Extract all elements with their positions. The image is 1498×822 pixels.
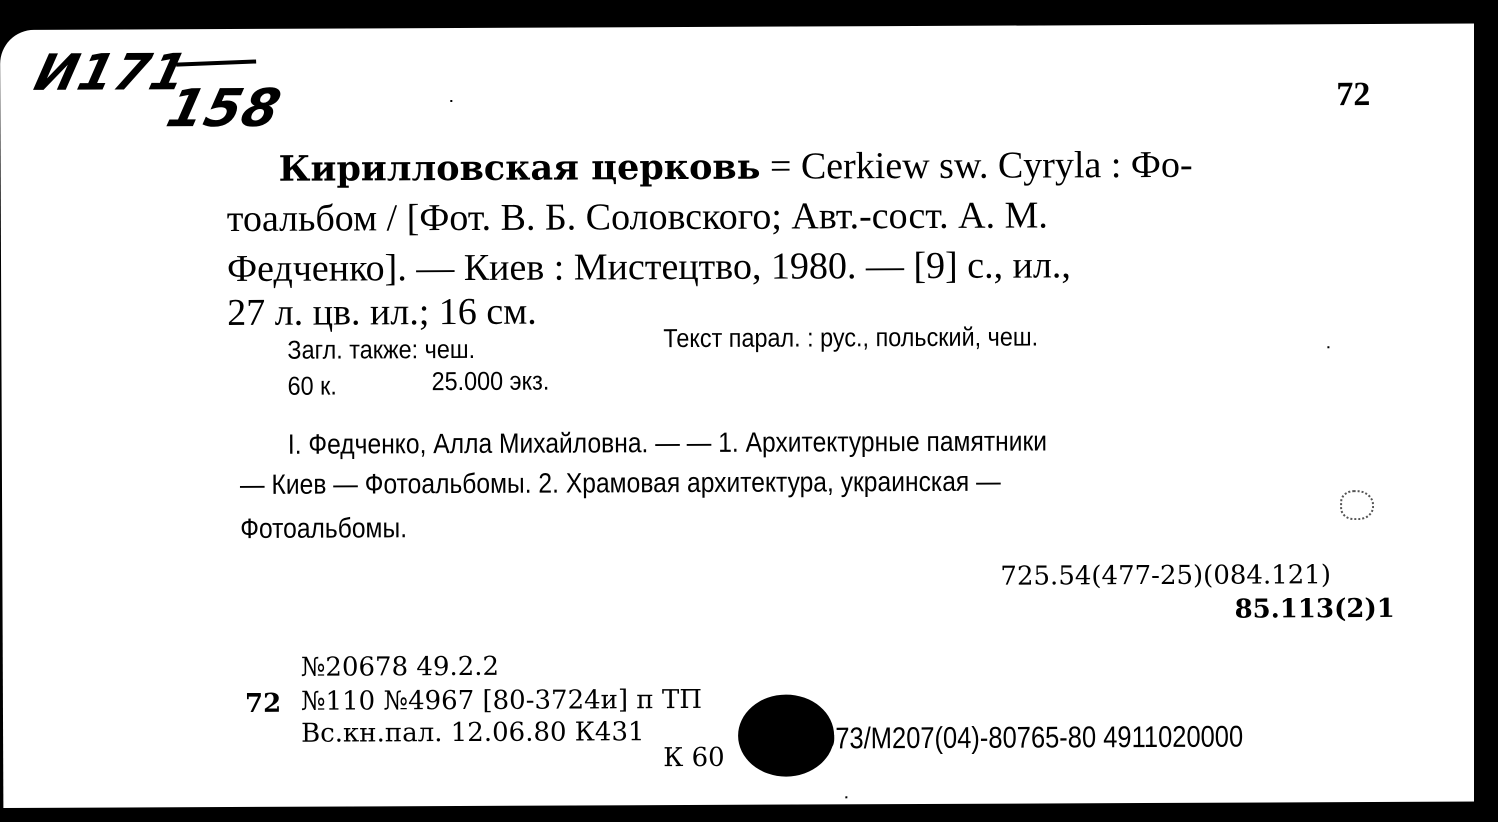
udc-index: 725.54(477-25)(084.121) bbox=[1000, 560, 1331, 591]
bbk-index: 85.113(2)1 bbox=[1234, 594, 1394, 625]
print-run: 25.000 экз. bbox=[431, 366, 549, 398]
card-number: 72 bbox=[1336, 76, 1370, 114]
scan-speck bbox=[845, 796, 847, 798]
scan-border-bottom bbox=[980, 808, 1498, 822]
footer-line-4-prefix: К 60 bbox=[663, 743, 725, 773]
handwritten-shelfmark-denominator: 158 bbox=[161, 79, 287, 140]
footer-line-1: №20678 49.2.2 bbox=[301, 652, 499, 683]
description-line-1: Кирилловская церковь = Cerkiew sw. Cyryl… bbox=[279, 143, 1193, 192]
library-stamp-mark bbox=[1340, 490, 1374, 520]
price: 60 к. bbox=[287, 371, 336, 402]
scan-speck bbox=[1327, 346, 1329, 348]
subject-line-3: Фотоальбомы. bbox=[240, 512, 407, 545]
description-line-2: тоальбом / [Фот. В. Б. Соловского; Авт.-… bbox=[227, 193, 1048, 242]
ink-blot bbox=[738, 694, 834, 776]
handwritten-shelfmark: И171 bbox=[29, 43, 193, 102]
footer-line-2: №110 №4967 [80-3724и] п ТП bbox=[301, 685, 702, 717]
catalog-card: И171 158 72 Кирилловская церковь = Cerki… bbox=[0, 24, 1481, 808]
footer-card-number: 72 bbox=[245, 689, 281, 719]
description-line-4: 27 л. цв. ил.; 16 см. bbox=[227, 290, 537, 336]
scan-speck bbox=[903, 806, 905, 808]
subject-line-2: — Киев — Фотоальбомы. 2. Храмовая архите… bbox=[240, 466, 1001, 501]
title-note: Загл. также: чеш. bbox=[287, 334, 475, 366]
footer-line-4: 073/М207(04)-80765-80 4911020000 bbox=[821, 721, 1243, 757]
description-line-3: Федченко]. — Киев : Мистецтво, 1980. — [… bbox=[227, 243, 1071, 292]
scan-border-right bbox=[1474, 0, 1498, 822]
footer-line-3: Вс.кн.пал. 12.06.80 К431 bbox=[301, 717, 645, 748]
subject-line-1: I. Федченко, Алла Михайловна. — — 1. Арх… bbox=[288, 425, 1047, 460]
scan-speck bbox=[450, 100, 452, 102]
title: Кирилловская церковь bbox=[279, 147, 761, 190]
bibliographic-description: Кирилловская церковь = Cerkiew sw. Cyryl… bbox=[0, 24, 1478, 30]
text-language-note: Текст парал. : рус., польский, чеш. bbox=[663, 321, 1038, 354]
